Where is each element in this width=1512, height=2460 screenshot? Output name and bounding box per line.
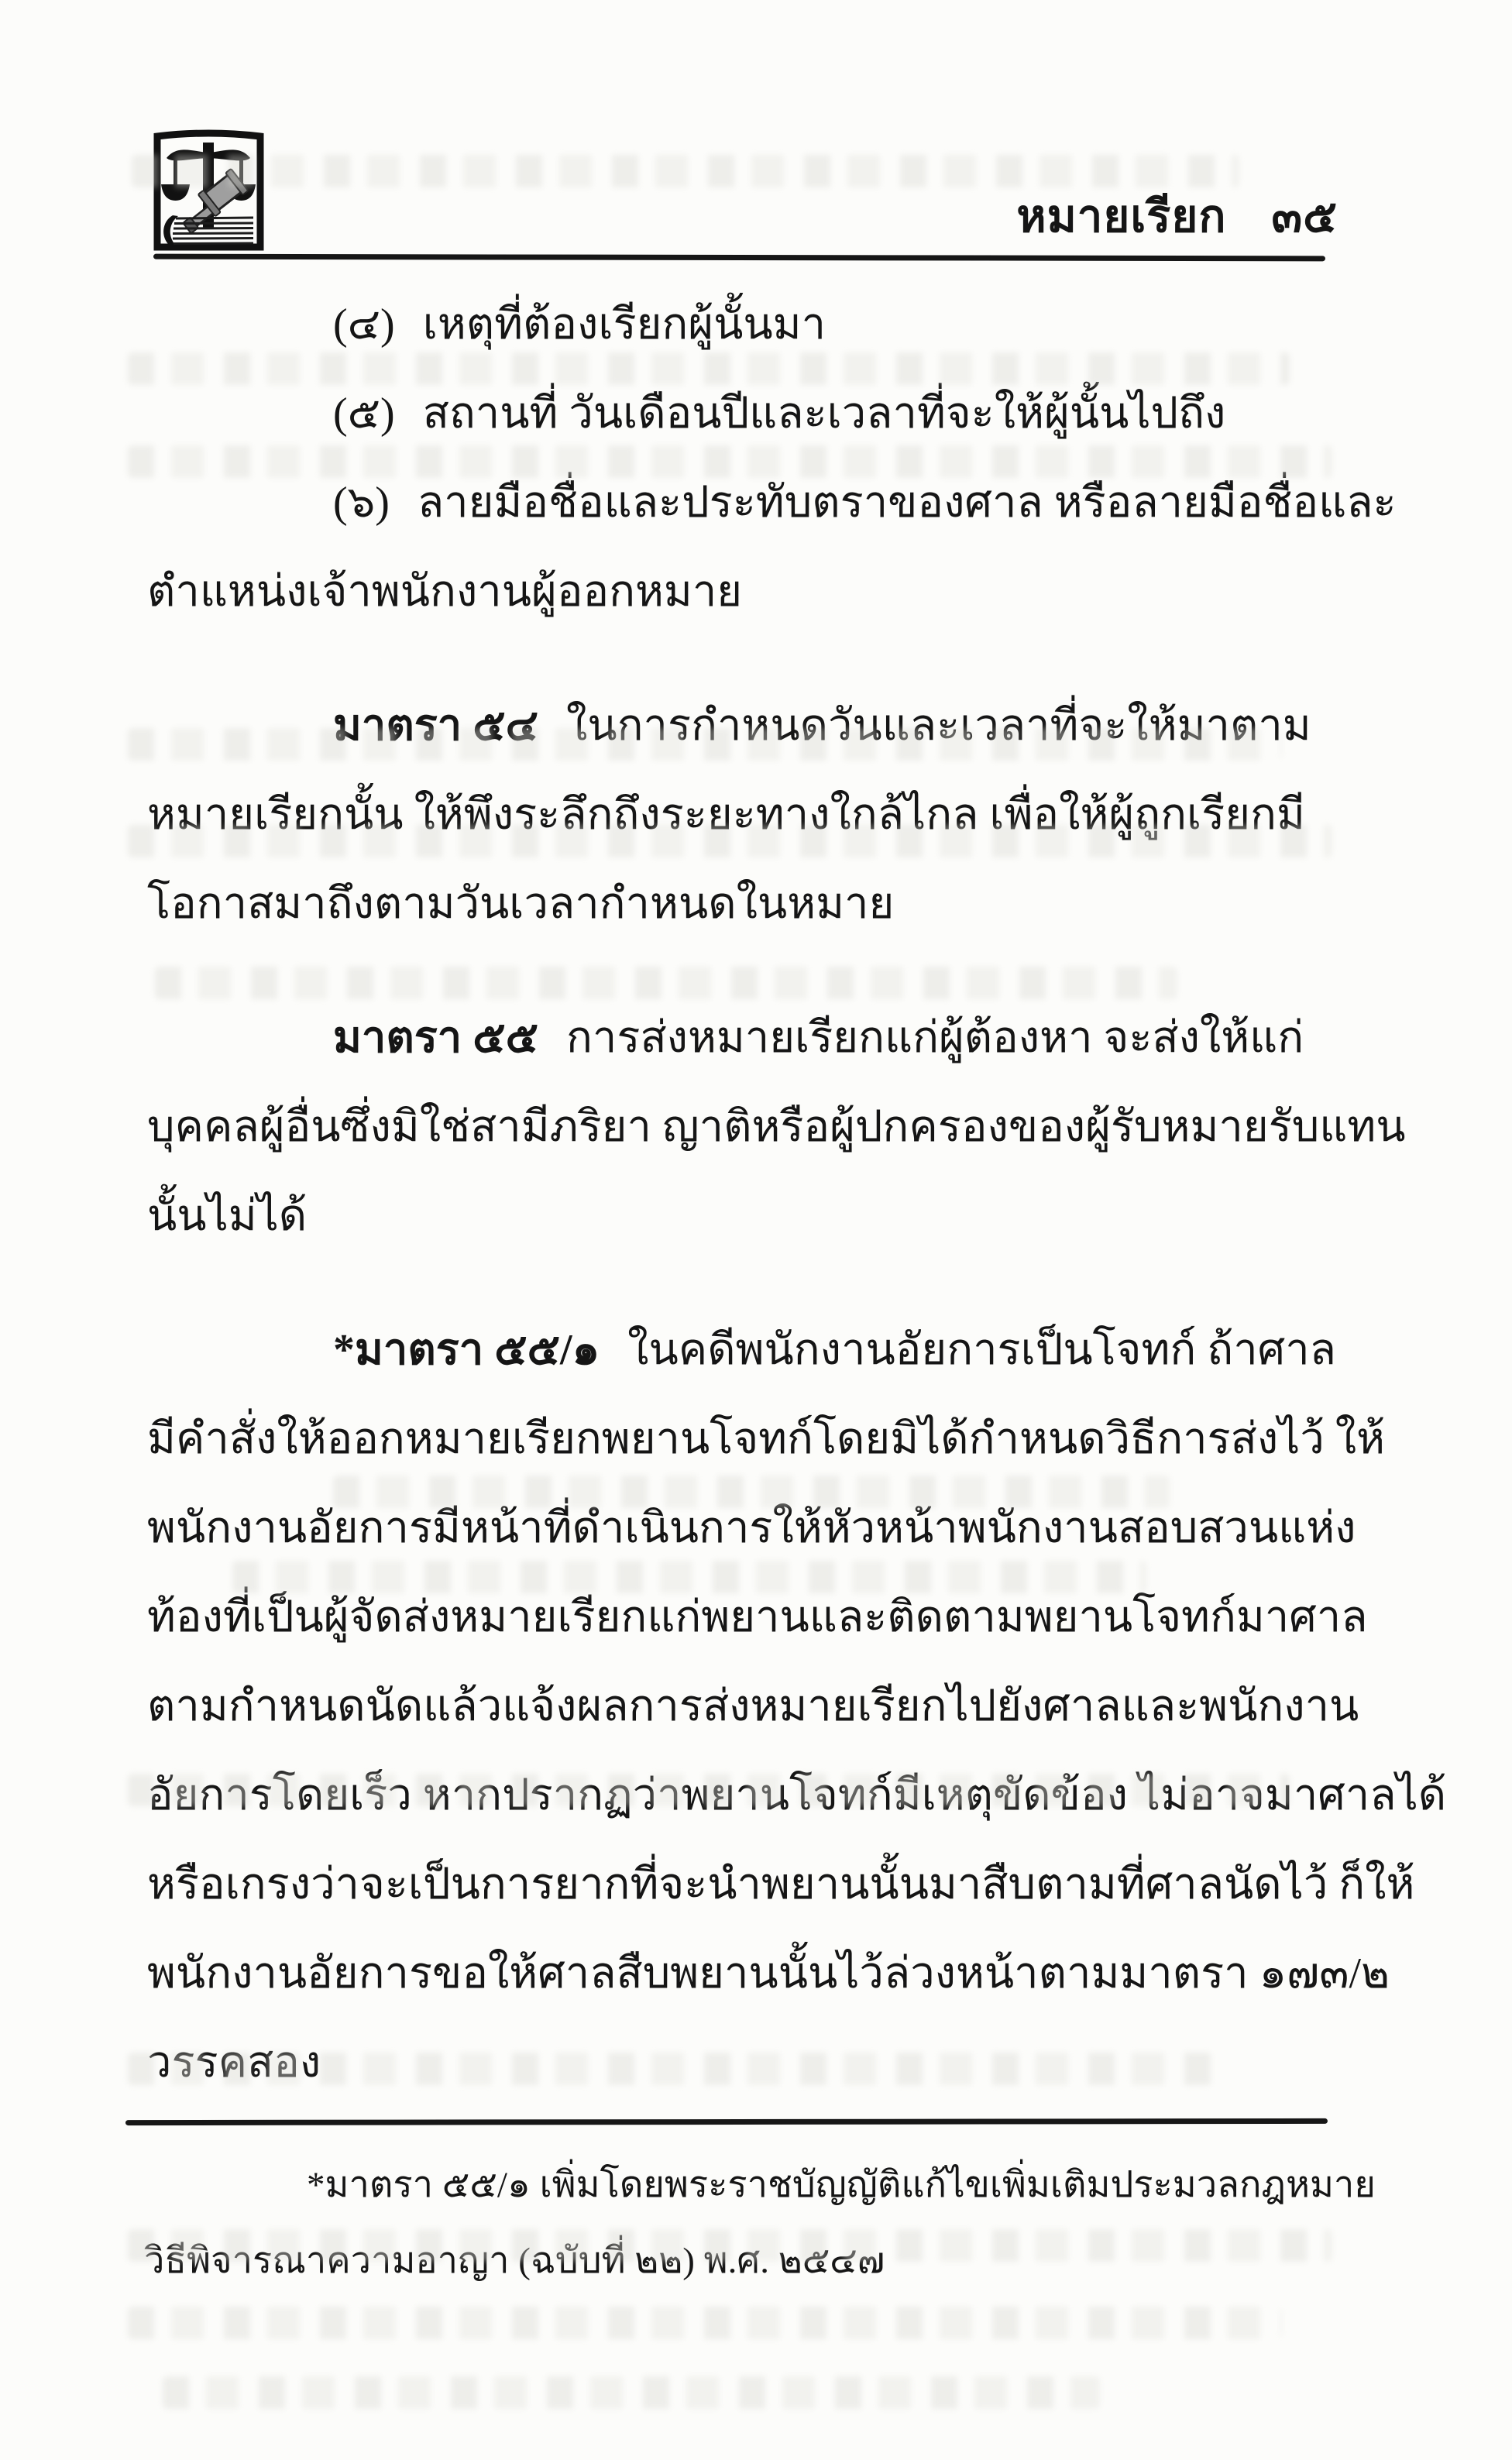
showthrough-artifact — [128, 2307, 1282, 2339]
text-run: ในคดีพนักงานอัยการเป็นโจทก์ ถ้าศาล — [627, 1326, 1336, 1374]
text-line: อัยการโดยเร็ว หากปรากฏว่าพยานโจทก์มีเหตุ… — [147, 1751, 1344, 1840]
item-number: (๖) — [333, 479, 390, 527]
footnote-line: *มาตรา ๕๕/๑ เพิ่มโดยพระราชบัญญัติแก้ไขเพ… — [144, 2147, 1341, 2223]
footnote-rule — [125, 2118, 1328, 2125]
text-line: บุคคลผู้อื่นซึ่งมิใช่สามีภริยา ญาติหรือผ… — [147, 1083, 1344, 1172]
text-line: พนักงานอัยการขอให้ศาลสืบพยานนั้นไว้ล่วงห… — [147, 1929, 1344, 2019]
showthrough-artifact — [163, 2376, 1100, 2409]
item-number: (๕) — [333, 390, 395, 438]
section-label: *มาตรา ๕๕/๑ — [333, 1326, 600, 1374]
justice-emblem — [153, 129, 265, 253]
text-line: หรือเกรงว่าจะเป็นการยากที่จะนำพยานนั้นมา… — [147, 1840, 1344, 1929]
paragraph: มาตรา ๕๕การส่งหมายเรียกแก่ผู้ต้องหา จะส่… — [147, 994, 1344, 1261]
footnote-line: วิธีพิจารณาความอาญา (ฉบับที่ ๒๒) พ.ศ. ๒๕… — [144, 2223, 1341, 2299]
running-header-title: หมายเรียก — [1016, 191, 1226, 242]
text-line: ตามกำหนดนัดแล้วแจ้งผลการส่งหมายเรียกไปยั… — [147, 1662, 1344, 1751]
text-run: สถานที่ วันเดือนปีและเวลาที่จะให้ผู้นั้น… — [423, 390, 1226, 438]
text-run: ลายมือชื่อและประทับตราของศาล หรือลายมือช… — [418, 479, 1397, 527]
text-line: มาตรา ๕๔ในการกำหนดวันและเวลาที่จะให้มาตา… — [147, 682, 1344, 771]
paragraph: *มาตรา ๕๕/๑ในคดีพนักงานอัยการเป็นโจทก์ ถ… — [147, 1306, 1344, 2108]
paragraph: (๕)สถานที่ วันเดือนปีและเวลาที่จะให้ผู้น… — [147, 369, 1344, 459]
paragraph: มาตรา ๕๔ในการกำหนดวันและเวลาที่จะให้มาตา… — [147, 682, 1344, 949]
running-header: หมายเรียก๓๕ — [1016, 186, 1338, 248]
showthrough-artifact — [132, 155, 1239, 187]
text-run: ในการกำหนดวันและเวลาที่จะให้มาตาม — [566, 702, 1311, 750]
text-line: (๖)ลายมือชื่อและประทับตราของศาล หรือลายม… — [147, 459, 1344, 548]
text-line: มาตรา ๕๕การส่งหมายเรียกแก่ผู้ต้องหา จะส่… — [147, 994, 1344, 1083]
text-line: ตำแหน่งเจ้าพนักงานผู้ออกหมาย — [147, 548, 1344, 637]
scales-gavel-book-icon — [153, 129, 265, 253]
text-line: โอกาสมาถึงตามวันเวลากำหนดในหมาย — [147, 860, 1344, 949]
text-line: พนักงานอัยการมีหน้าที่ดำเนินการให้หัวหน้… — [147, 1484, 1344, 1573]
text-line: วรรคสอง — [147, 2019, 1344, 2108]
text-run: เหตุที่ต้องเรียกผู้นั้นมา — [423, 301, 826, 349]
section-label: มาตรา ๕๔ — [333, 702, 538, 750]
text-line: นั้นไม่ได้ — [147, 1172, 1344, 1261]
text-line: (๕)สถานที่ วันเดือนปีและเวลาที่จะให้ผู้น… — [147, 369, 1344, 459]
text-run: การส่งหมายเรียกแก่ผู้ต้องหา จะส่งให้แก่ — [566, 1014, 1304, 1062]
paragraph: (๖)ลายมือชื่อและประทับตราของศาล หรือลายม… — [147, 459, 1344, 637]
text-line: หมายเรียกนั้น ให้พึงระลึกถึงระยะทางใกล้ไ… — [147, 771, 1344, 860]
paragraph: (๔)เหตุที่ต้องเรียกผู้นั้นมา — [147, 280, 1344, 369]
item-number: (๔) — [333, 301, 395, 349]
text-line: *มาตรา ๕๕/๑ในคดีพนักงานอัยการเป็นโจทก์ ถ… — [147, 1306, 1344, 1395]
header-rule — [153, 254, 1325, 262]
section-label: มาตรา ๕๕ — [333, 1014, 538, 1062]
footnote: *มาตรา ๕๕/๑ เพิ่มโดยพระราชบัญญัติแก้ไขเพ… — [144, 2147, 1341, 2299]
text-line: ท้องที่เป็นผู้จัดส่งหมายเรียกแก่พยานและต… — [147, 1573, 1344, 1662]
book-page: หมายเรียก๓๕ (๔)เหตุที่ต้องเรียกผู้นั้นมา… — [0, 0, 1512, 2460]
body-text: (๔)เหตุที่ต้องเรียกผู้นั้นมา(๕)สถานที่ ว… — [147, 280, 1344, 2108]
text-line: มีคำสั่งให้ออกหมายเรียกพยานโจทก์โดยมิได้… — [147, 1395, 1344, 1484]
page-number: ๓๕ — [1271, 191, 1338, 242]
text-line: (๔)เหตุที่ต้องเรียกผู้นั้นมา — [147, 280, 1344, 369]
